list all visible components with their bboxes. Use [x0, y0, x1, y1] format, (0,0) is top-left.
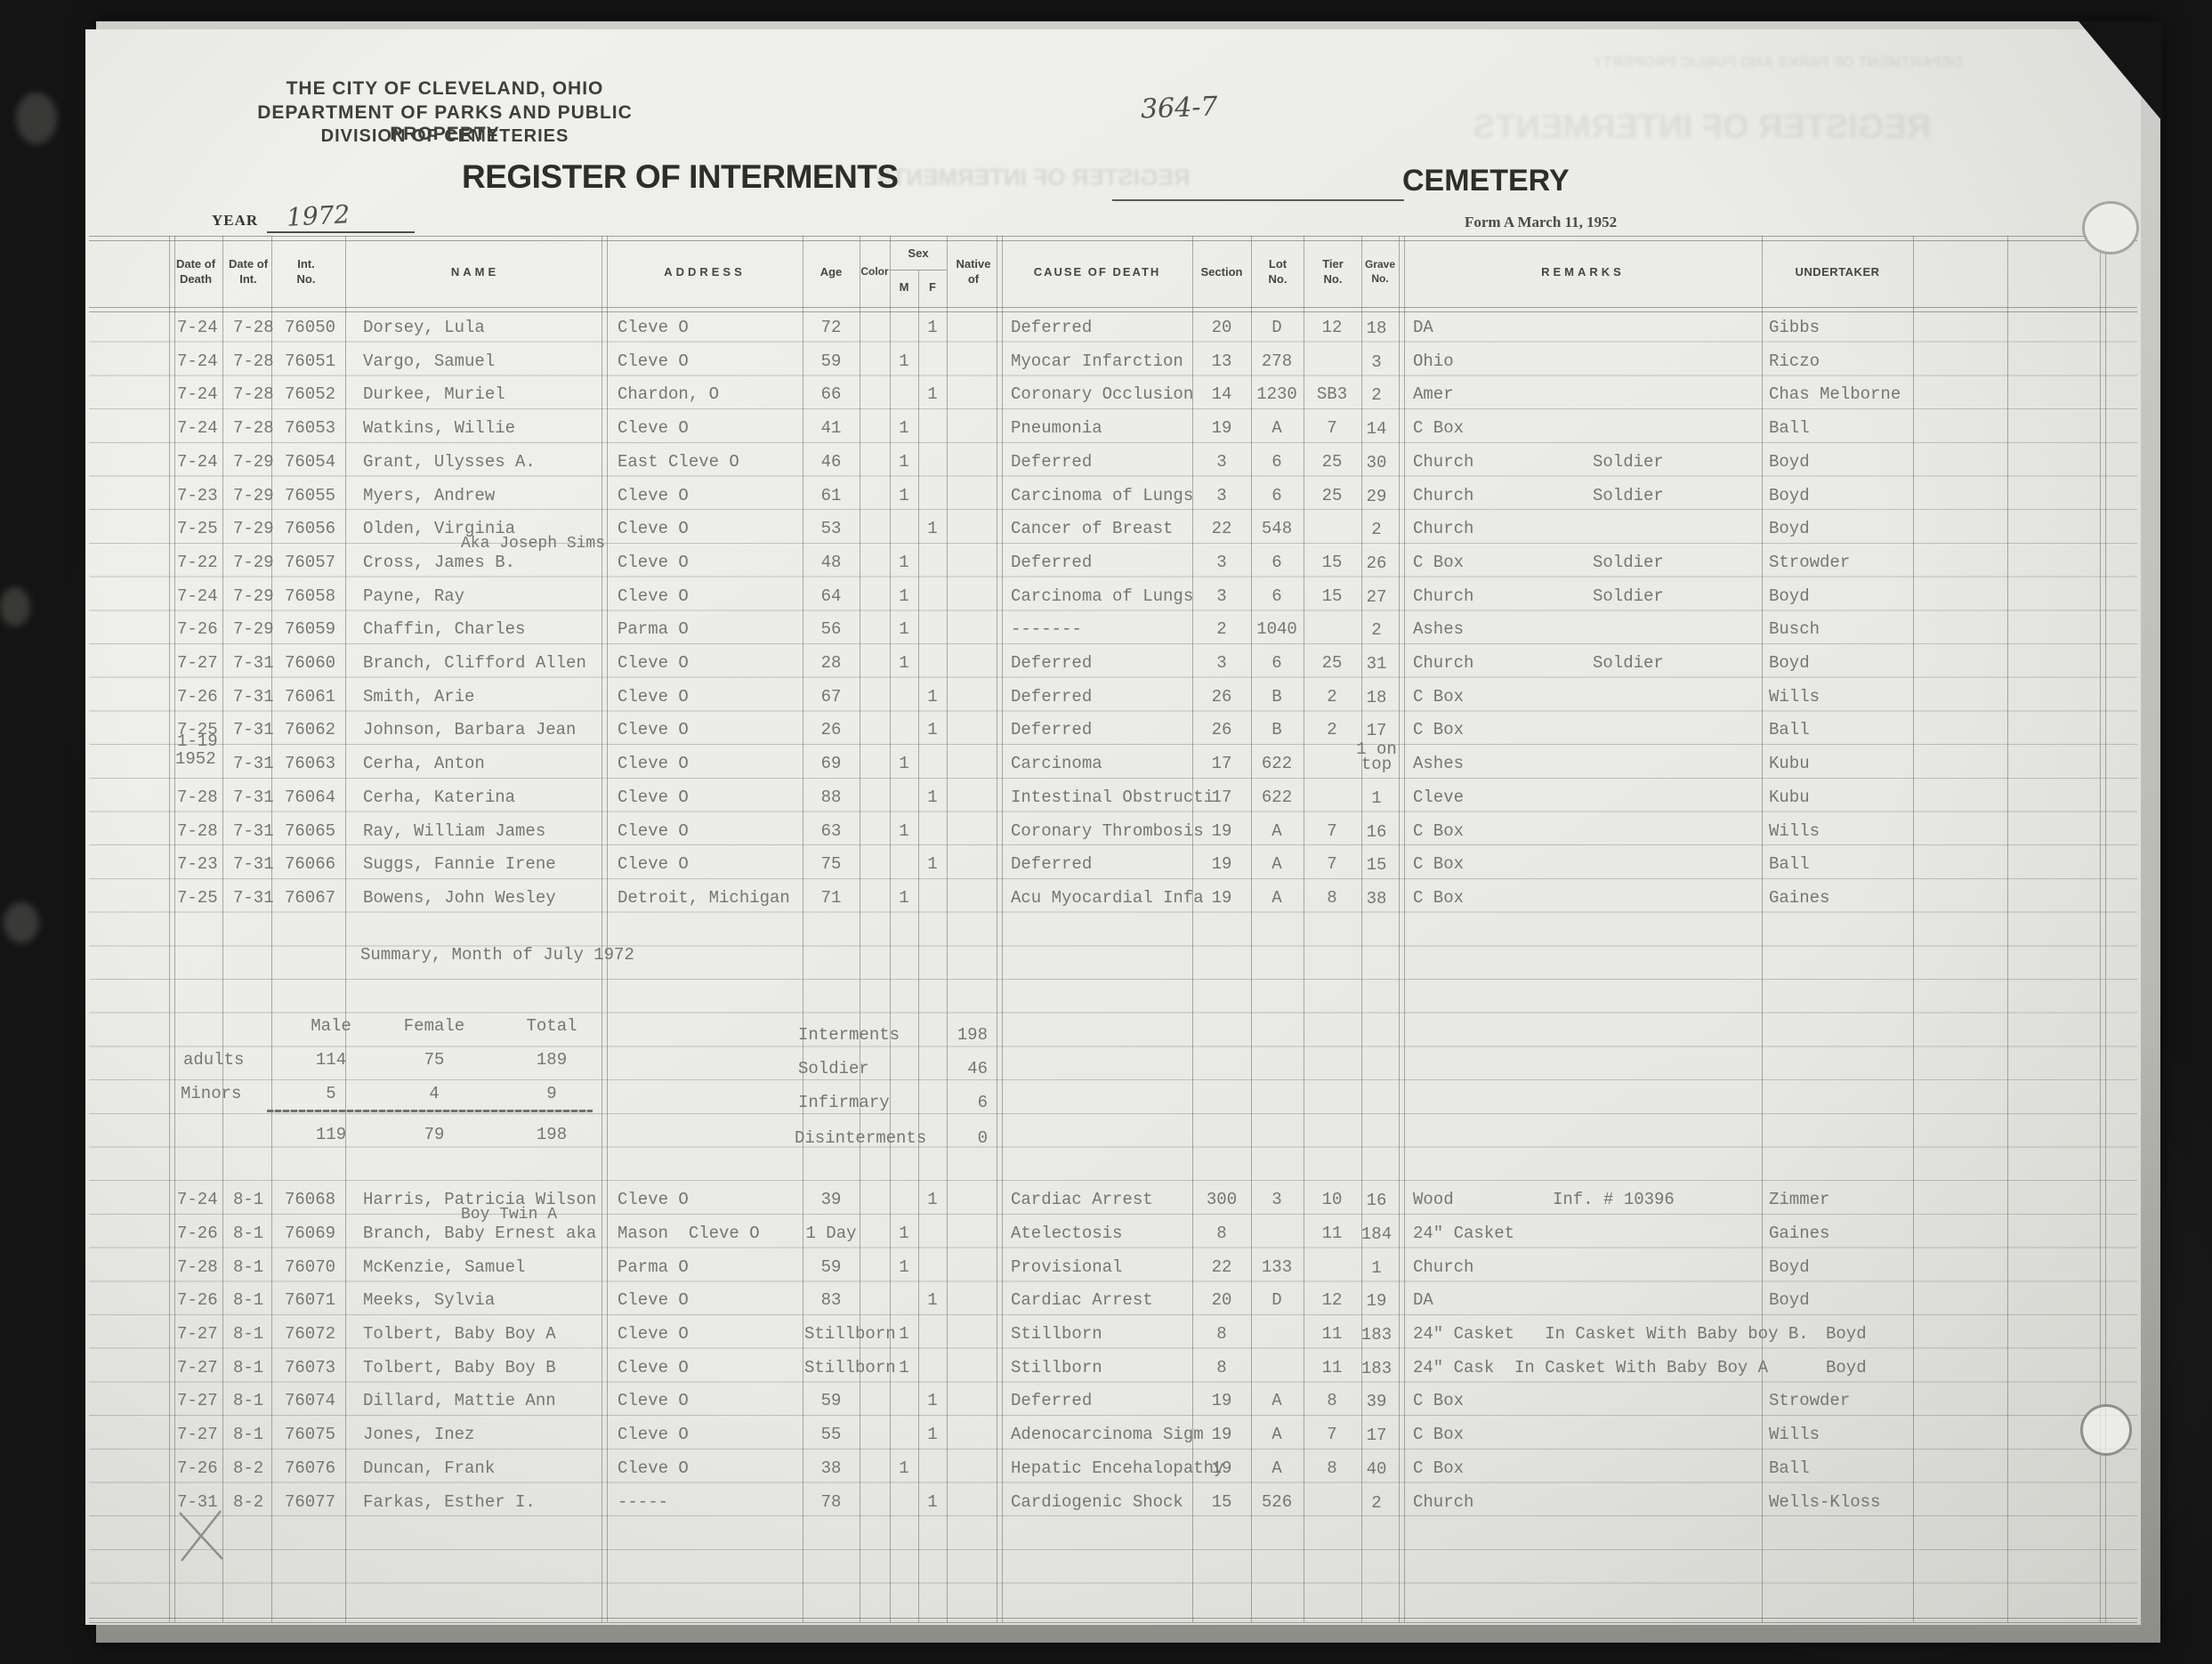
cell-date-of-death: 7-24 — [177, 386, 218, 403]
cell-age: 53 — [783, 521, 879, 537]
cell-date-of-death: 7-26 — [177, 1460, 218, 1477]
cell-lot: D — [1249, 1292, 1304, 1309]
cell-undertaker: Ball — [1769, 856, 1810, 873]
summary-row-label: adults — [183, 1050, 244, 1070]
cell-age: 46 — [783, 454, 879, 471]
cell-name: Chaffin, Charles — [363, 621, 525, 638]
cell-remarks: 24" Cask In Casket With Baby Boy A — [1413, 1360, 1768, 1377]
cell-remarks: C Box — [1413, 722, 1464, 739]
cell-name: Meeks, Sylvia — [363, 1292, 495, 1309]
cell-address: Cleve O — [618, 1393, 689, 1410]
cell-undertaker: Ball — [1769, 722, 1810, 739]
cell-address: Cleve O — [618, 823, 689, 840]
cell-date-of-interment: 7-29 — [233, 554, 274, 571]
cell-section: 22 — [1192, 521, 1251, 537]
cell-date-of-interment: 7-28 — [233, 319, 274, 336]
cell-address: Detroit, Michigan — [618, 890, 790, 907]
cell-name: Tolbert, Baby Boy B — [363, 1360, 556, 1377]
summary-value: 119 — [294, 1125, 368, 1144]
cell-section: 3 — [1192, 554, 1251, 571]
cell-address: Cleve O — [618, 1191, 689, 1208]
summary-value: 198 — [514, 1125, 589, 1144]
cell-remarks: C Box — [1413, 1426, 1464, 1443]
cell-sex-male: 1 — [890, 488, 918, 505]
cell-date-of-interment: 7-28 — [233, 386, 274, 403]
cell-remarks: C Box — [1413, 823, 1464, 840]
cell-sex-male: 1 — [890, 1460, 918, 1477]
cell-sex-male: 1 — [890, 554, 918, 571]
table-row: 7-27 8-1 76072 Tolbert, Baby Boy A Cleve… — [0, 1315, 2212, 1349]
cell-address: Cleve O — [618, 521, 689, 537]
cell-remarks: C Box — [1413, 554, 1464, 571]
cell-cause-of-death: Deferred — [1011, 319, 1092, 336]
cell-age: 67 — [783, 689, 879, 706]
cell-date-of-interment: 8-2 — [233, 1460, 263, 1477]
cell-remarks-secondary: Soldier — [1593, 554, 1664, 571]
cell-section: 15 — [1192, 1494, 1251, 1511]
cell-lot: 6 — [1249, 488, 1304, 505]
summary-value: 75 — [397, 1050, 472, 1070]
cell-date-of-death: 7-25 — [177, 890, 218, 907]
cell-sex-female: 1 — [918, 521, 947, 537]
cell-grave: 40 — [1352, 1462, 1401, 1477]
table-row: 7-26 8-1 76071 Meeks, Sylvia Cleve O 83 … — [0, 1281, 2212, 1315]
table-row: 7-26 8-2 76076 Duncan, Frank Cleve O 38 … — [0, 1450, 2212, 1483]
scanned-register-photo: REGISTER OF INTERMENTS REGISTER OF INTER… — [0, 0, 2212, 1664]
cell-lot: A — [1249, 1426, 1304, 1443]
cell-lot: A — [1249, 1460, 1304, 1477]
cell-remarks: DA — [1413, 1292, 1433, 1309]
cell-grave: 31 — [1352, 657, 1401, 672]
cell-remarks: Church — [1413, 1259, 1473, 1276]
cell-age: 39 — [783, 1191, 879, 1208]
cell-remarks: Ohio — [1413, 353, 1454, 370]
cell-cause-of-death: Atelectosis — [1011, 1225, 1122, 1242]
table-row: 7-27 8-1 76073 Tolbert, Baby Boy B Cleve… — [0, 1349, 2212, 1383]
cell-age: 71 — [783, 890, 879, 907]
cell-date-of-death: 7-28 — [177, 823, 218, 840]
cell-age: 61 — [783, 488, 879, 505]
cell-interment-number: 76059 — [285, 621, 335, 638]
cell-undertaker: Boyd — [1826, 1360, 1867, 1377]
cell-address: Parma O — [618, 1259, 689, 1276]
cell-age: 1 Day — [783, 1225, 879, 1242]
cell-interment-number: 76053 — [285, 420, 335, 437]
cell-name-note: Boy Twin A — [461, 1207, 557, 1223]
cell-age: Stillborn — [804, 1360, 956, 1377]
cell-address: Cleve O — [618, 689, 689, 706]
table-row: 7-25 7-31 76062 Johnson, Barbara Jean Cl… — [0, 711, 2212, 745]
cell-sex-male: 1 — [890, 890, 918, 907]
cell-name: Myers, Andrew — [363, 488, 495, 505]
cell-address: Cleve O — [618, 1292, 689, 1309]
cell-name: Cerha, Katerina — [363, 789, 515, 806]
cell-lot: A — [1249, 823, 1304, 840]
cell-cause-of-death: Coronary Thrombosis — [1011, 823, 1204, 840]
cell-name-note: Aka Joseph Sims — [461, 536, 605, 552]
cell-undertaker: Wills — [1769, 689, 1820, 706]
cell-remarks-secondary: Soldier — [1593, 488, 1664, 505]
table-row: 7-28 7-31 76064 Cerha, Katerina Cleve O … — [0, 779, 2212, 812]
cell-date-of-death: 7-24 — [177, 319, 218, 336]
cell-interment-number: 76071 — [285, 1292, 335, 1309]
cell-date-of-death: 7-27 — [177, 655, 218, 672]
cell-section: 19 — [1192, 1393, 1251, 1410]
table-row: 7-24 7-28 76050 Dorsey, Lula Cleve O 72 … — [0, 309, 2212, 343]
cell-date-of-interment: 7-28 — [233, 353, 274, 370]
handwritten-x-mark — [174, 1507, 228, 1564]
cell-name: Smith, Arie — [363, 689, 474, 706]
cell-undertaker: Boyd — [1826, 1326, 1867, 1343]
cell-undertaker: Wells-Kloss — [1769, 1494, 1880, 1511]
cell-grave: 18 — [1352, 691, 1401, 706]
summary-value: 114 — [294, 1050, 368, 1070]
table-row: 7-25 7-29 76056 Olden, Virginia Cleve O … — [0, 510, 2212, 544]
cell-date-of-death: 7-24 — [177, 588, 218, 605]
cell-age: 69 — [783, 755, 879, 772]
cell-sex-female: 1 — [918, 722, 947, 739]
cell-lot: B — [1249, 722, 1304, 739]
cell-name: Farkas, Esther I. — [363, 1494, 536, 1511]
cell-date-of-death: 7-24 — [177, 1191, 218, 1208]
summary-row-label: Minors — [181, 1084, 241, 1103]
cell-address: Cleve O — [618, 488, 689, 505]
cell-date-of-interment: 7-31 — [233, 689, 274, 706]
cell-interment-number: 76052 — [285, 386, 335, 403]
cell-date-of-interment: 8-1 — [233, 1360, 263, 1377]
cell-undertaker: Boyd — [1769, 1259, 1810, 1276]
summary-value: 5 — [294, 1084, 368, 1103]
cell-age: 88 — [783, 789, 879, 806]
table-row: 7-31 8-2 76077 Farkas, Esther I. ----- 7… — [0, 1483, 2212, 1517]
cell-address: Cleve O — [618, 1426, 689, 1443]
cell-sex-male: 1 — [890, 454, 918, 471]
cell-address: Cleve O — [618, 588, 689, 605]
cell-interment-number: 76051 — [285, 353, 335, 370]
cell-undertaker: Wills — [1769, 823, 1820, 840]
table-row: 7-23 7-29 76055 Myers, Andrew Cleve O 61… — [0, 477, 2212, 511]
cell-date-of-interment: 8-1 — [233, 1259, 263, 1276]
cell-date-of-interment: 7-29 — [233, 521, 274, 537]
cell-section: 14 — [1192, 386, 1251, 403]
cell-section: 2 — [1192, 621, 1251, 638]
cell-remarks: C Box — [1413, 1393, 1464, 1410]
table-row: 7-25 7-31 76067 Bowens, John Wesley Detr… — [0, 879, 2212, 913]
cell-sex-female: 1 — [918, 1426, 947, 1443]
table-row: 7-24 7-28 76052 Durkee, Muriel Chardon, … — [0, 376, 2212, 409]
cell-lot: 1230 — [1249, 386, 1304, 403]
cell-remarks-secondary: Soldier — [1593, 655, 1664, 672]
summary-col-female: Female — [397, 1016, 472, 1036]
cell-sex-male: 1 — [890, 655, 918, 672]
summary-col-male: Male — [294, 1016, 368, 1036]
table-row: 7-24 7-29 76058 Payne, Ray Cleve O 64 1 … — [0, 578, 2212, 611]
cell-interment-number: 76062 — [285, 722, 335, 739]
cell-name: Cross, James B. — [363, 554, 515, 571]
cell-grave: 19 — [1352, 1294, 1401, 1309]
cell-date-of-interment: 8-1 — [233, 1426, 263, 1443]
cell-remarks: Church — [1413, 454, 1473, 471]
cell-interment-number: 76069 — [285, 1225, 335, 1242]
cell-interment-number: 76055 — [285, 488, 335, 505]
cell-date-of-interment: 8-1 — [233, 1292, 263, 1309]
cell-age: 59 — [783, 1259, 879, 1276]
table-row: 7-26 8-1 76069 Branch, Baby Ernest aka B… — [0, 1215, 2212, 1248]
cell-remarks: Cleve — [1413, 789, 1464, 806]
cell-name: Grant, Ulysses A. — [363, 454, 536, 471]
cell-grave: 26 — [1352, 556, 1401, 571]
cell-section: 19 — [1192, 1426, 1251, 1443]
table-row: 7-26 7-29 76059 Chaffin, Charles Parma O… — [0, 610, 2212, 644]
cell-grave: 1 — [1352, 791, 1401, 806]
cell-date-of-interment: 7-31 — [233, 722, 274, 739]
cell-address: Cleve O — [618, 1460, 689, 1477]
cell-remarks: 24" Casket — [1413, 1225, 1514, 1242]
cell-remarks: 24" Casket In Casket With Baby boy B. — [1413, 1326, 1809, 1343]
cell-undertaker: Boyd — [1769, 454, 1810, 471]
cell-grave: 184 — [1352, 1227, 1401, 1242]
cell-name: Suggs, Fannie Irene — [363, 856, 556, 873]
cell-name: Branch, Baby Ernest aka — [363, 1225, 596, 1242]
cell-section: 26 — [1192, 689, 1251, 706]
cell-name: Dorsey, Lula — [363, 319, 485, 336]
cell-age: 48 — [783, 554, 879, 571]
cell-remarks: C Box — [1413, 1460, 1464, 1477]
cell-undertaker: Strowder — [1769, 554, 1850, 571]
cell-date-of-death: 7-26 — [177, 621, 218, 638]
cell-section: 3 — [1192, 488, 1251, 505]
summary-stat-value: 198 — [906, 1025, 988, 1045]
cell-cause-of-death: Stillborn — [1011, 1326, 1102, 1343]
table-row: 7-27 8-1 76075 Jones, Inez Cleve O 55 1 … — [0, 1416, 2212, 1450]
cell-section: 19 — [1192, 823, 1251, 840]
summary-underline — [267, 1110, 593, 1112]
cell-section: 19 — [1192, 856, 1251, 873]
cell-lot: 6 — [1249, 454, 1304, 471]
cell-section: 22 — [1192, 1259, 1251, 1276]
cell-section: 26 — [1192, 722, 1251, 739]
cell-grave: 2 — [1352, 388, 1401, 403]
cell-name: McKenzie, Samuel — [363, 1259, 525, 1276]
cell-date-of-death: 7-27 — [177, 1426, 218, 1443]
cell-grave: 27 — [1352, 590, 1401, 605]
cell-cause-of-death: Adenocarcinoma Sigm — [1011, 1426, 1204, 1443]
cell-section: 8 — [1192, 1326, 1251, 1343]
cell-undertaker: Ball — [1769, 420, 1810, 437]
cell-date-of-death: 7-25 — [177, 521, 218, 537]
cell-lot: 6 — [1249, 655, 1304, 672]
cell-undertaker: Zimmer — [1769, 1191, 1829, 1208]
cell-remarks: Church — [1413, 1494, 1473, 1511]
cell-name: Payne, Ray — [363, 588, 464, 605]
cell-lot: A — [1249, 890, 1304, 907]
cell-date-of-interment: 7-31 — [233, 755, 274, 772]
cell-date-of-death: 7-26 — [177, 1225, 218, 1242]
cell-cause-of-death: Deferred — [1011, 856, 1092, 873]
cell-address: Cleve O — [618, 755, 689, 772]
cell-lot: 6 — [1249, 588, 1304, 605]
cell-cause-of-death: Cardiac Arrest — [1011, 1191, 1153, 1208]
cell-address: ----- — [618, 1494, 668, 1511]
cell-remarks: C Box — [1413, 856, 1464, 873]
cell-date-of-interment: 7-29 — [233, 621, 274, 638]
cell-grave: 16 — [1352, 1193, 1401, 1208]
cell-name: Bowens, John Wesley — [363, 890, 556, 907]
cell-date-of-death: 7-26 — [177, 1292, 218, 1309]
cell-lot: 548 — [1249, 521, 1304, 537]
cell-grave: 17 — [1352, 723, 1401, 739]
cell-address: Cleve O — [618, 420, 689, 437]
cell-address: Parma O — [618, 621, 689, 638]
cell-lot: 6 — [1249, 554, 1304, 571]
cell-grave: 1 — [1352, 1261, 1401, 1276]
cell-remarks-secondary: Soldier — [1593, 588, 1664, 605]
cell-date-of-death: 7-28 — [177, 1259, 218, 1276]
cell-cause-of-death: Cardiogenic Shock — [1011, 1494, 1183, 1511]
cell-date-of-interment: 8-1 — [233, 1225, 263, 1242]
cell-remarks: C Box — [1413, 420, 1464, 437]
cell-sex-male: 1 — [890, 755, 918, 772]
cell-date-of-interment: 7-31 — [233, 655, 274, 672]
cell-cause-of-death: Carcinoma of Lungs — [1011, 588, 1193, 605]
cell-sex-female: 1 — [918, 319, 947, 336]
cell-age: 59 — [783, 1393, 879, 1410]
cell-section: 8 — [1192, 1360, 1251, 1377]
cell-date-of-death: 7-24 — [177, 420, 218, 437]
cell-date-of-interment: 7-29 — [233, 588, 274, 605]
cell-grave: 30 — [1352, 456, 1401, 471]
cell-interment-number: 76063 — [285, 755, 335, 772]
cell-lot: A — [1249, 856, 1304, 873]
cell-grave: 2 — [1352, 1496, 1401, 1511]
table-row: 7-28 8-1 76070 McKenzie, Samuel Parma O … — [0, 1248, 2212, 1282]
cell-date-of-interment: 7-31 — [233, 890, 274, 907]
cell-cause-of-death: Cancer of Breast — [1011, 521, 1173, 537]
cell-address: Cleve O — [618, 722, 689, 739]
cell-age: 38 — [783, 1460, 879, 1477]
cell-date-of-interment: 7-29 — [233, 488, 274, 505]
cell-lot: D — [1249, 319, 1304, 336]
cell-undertaker: Kubu — [1769, 789, 1810, 806]
cell-lot: 278 — [1249, 353, 1304, 370]
cell-remarks: Church — [1413, 588, 1473, 605]
cell-sex-male: 1 — [890, 1326, 918, 1343]
cell-cause-of-death: Myocar Infarction — [1011, 353, 1183, 370]
cell-date-of-interment: 8-1 — [233, 1326, 263, 1343]
cell-sex-female: 1 — [918, 1494, 947, 1511]
cell-age: 64 — [783, 588, 879, 605]
cell-grave: 39 — [1352, 1394, 1401, 1410]
cell-cause-of-death: Stillborn — [1011, 1360, 1102, 1377]
cell-cause-of-death: Deferred — [1011, 454, 1092, 471]
cell-sex-male: 1 — [890, 1225, 918, 1242]
cell-interment-number: 76076 — [285, 1460, 335, 1477]
cell-lot: 133 — [1249, 1259, 1304, 1276]
cell-name: Jones, Inez — [363, 1426, 474, 1443]
cell-remarks: Wood — [1413, 1191, 1454, 1208]
table-row: 7-24 8-1 76068 Harris, Patricia Wilson C… — [0, 1181, 2212, 1215]
cell-undertaker: Gibbs — [1769, 319, 1820, 336]
cell-age: 26 — [783, 722, 879, 739]
cell-lot: B — [1249, 689, 1304, 706]
cell-name: Branch, Clifford Allen — [363, 655, 586, 672]
cell-age: 66 — [783, 386, 879, 403]
cell-undertaker: Kubu — [1769, 755, 1810, 772]
cell-undertaker: Ball — [1769, 1460, 1810, 1477]
cell-address: Cleve O — [618, 655, 689, 672]
cell-cause-of-death: Carcinoma of Lungs — [1011, 488, 1193, 505]
cell-lot: 622 — [1249, 789, 1304, 806]
cell-name: Durkee, Muriel — [363, 386, 505, 403]
cell-address: Mason Cleve O — [618, 1225, 760, 1242]
cell-interment-number: 76067 — [285, 890, 335, 907]
cell-name: Vargo, Samuel — [363, 353, 495, 370]
cell-section: 20 — [1192, 1292, 1251, 1309]
cell-section: 3 — [1192, 655, 1251, 672]
cell-section: 17 — [1192, 755, 1251, 772]
cell-grave: 14 — [1352, 422, 1401, 437]
table-row: 7-28 7-31 76065 Ray, William James Cleve… — [0, 812, 2212, 846]
summary-stat-value: 0 — [906, 1128, 988, 1148]
table-row: 1-19 1952 7-31 76063 Cerha, Anton Cleve … — [0, 745, 2212, 779]
cell-lot: 526 — [1249, 1494, 1304, 1511]
cell-remarks: DA — [1413, 319, 1433, 336]
cell-section: 19 — [1192, 420, 1251, 437]
cell-grave: 2 — [1352, 522, 1401, 537]
cell-interment-number: 76054 — [285, 454, 335, 471]
cell-interment-number: 76074 — [285, 1393, 335, 1410]
cell-name: Johnson, Barbara Jean — [363, 722, 576, 739]
cell-grave: 1 on top — [1352, 742, 1401, 772]
cell-date-of-interment: 7-31 — [233, 856, 274, 873]
cell-grave: 2 — [1352, 623, 1401, 638]
cell-undertaker: Gaines — [1769, 890, 1829, 907]
cell-date-of-interment: 7-29 — [233, 454, 274, 471]
cell-interment-number: 76058 — [285, 588, 335, 605]
cell-sex-female: 1 — [918, 856, 947, 873]
cell-age: 56 — [783, 621, 879, 638]
table-row: 7-27 7-31 76060 Branch, Clifford Allen C… — [0, 644, 2212, 678]
cell-undertaker: Busch — [1769, 621, 1820, 638]
cell-interment-number: 76077 — [285, 1494, 335, 1511]
cell-date-of-death: 7-26 — [177, 689, 218, 706]
cell-remarks-secondary: Inf. # 10396 — [1553, 1191, 1675, 1208]
cell-address: Cleve O — [618, 1326, 689, 1343]
cell-undertaker: Boyd — [1769, 488, 1810, 505]
summary-stat-label: Interments — [798, 1025, 900, 1045]
cell-sex-male: 1 — [890, 621, 918, 638]
cell-date-of-death-year: 1952 — [175, 751, 216, 768]
cell-age: 75 — [783, 856, 879, 873]
cell-age: Stillborn — [804, 1326, 956, 1343]
summary-stat-label: Infirmary — [798, 1093, 890, 1112]
cell-date-of-interment: 7-31 — [233, 823, 274, 840]
cell-undertaker: Gaines — [1769, 1225, 1829, 1242]
cell-interment-number: 76056 — [285, 521, 335, 537]
cell-section: 19 — [1192, 890, 1251, 907]
summary-value: 9 — [514, 1084, 589, 1103]
cell-cause-of-death: Carcinoma — [1011, 755, 1102, 772]
cell-undertaker: Strowder — [1769, 1393, 1850, 1410]
cell-cause-of-death: Intestinal Obstructi — [1011, 789, 1214, 806]
summary-col-total: Total — [514, 1016, 589, 1036]
cell-date-of-interment: 7-28 — [233, 420, 274, 437]
cell-age: 63 — [783, 823, 879, 840]
cell-grave: 183 — [1352, 1361, 1401, 1377]
cell-cause-of-death: ------- — [1011, 621, 1082, 638]
cell-sex-female: 1 — [918, 789, 947, 806]
cell-remarks: C Box — [1413, 890, 1464, 907]
